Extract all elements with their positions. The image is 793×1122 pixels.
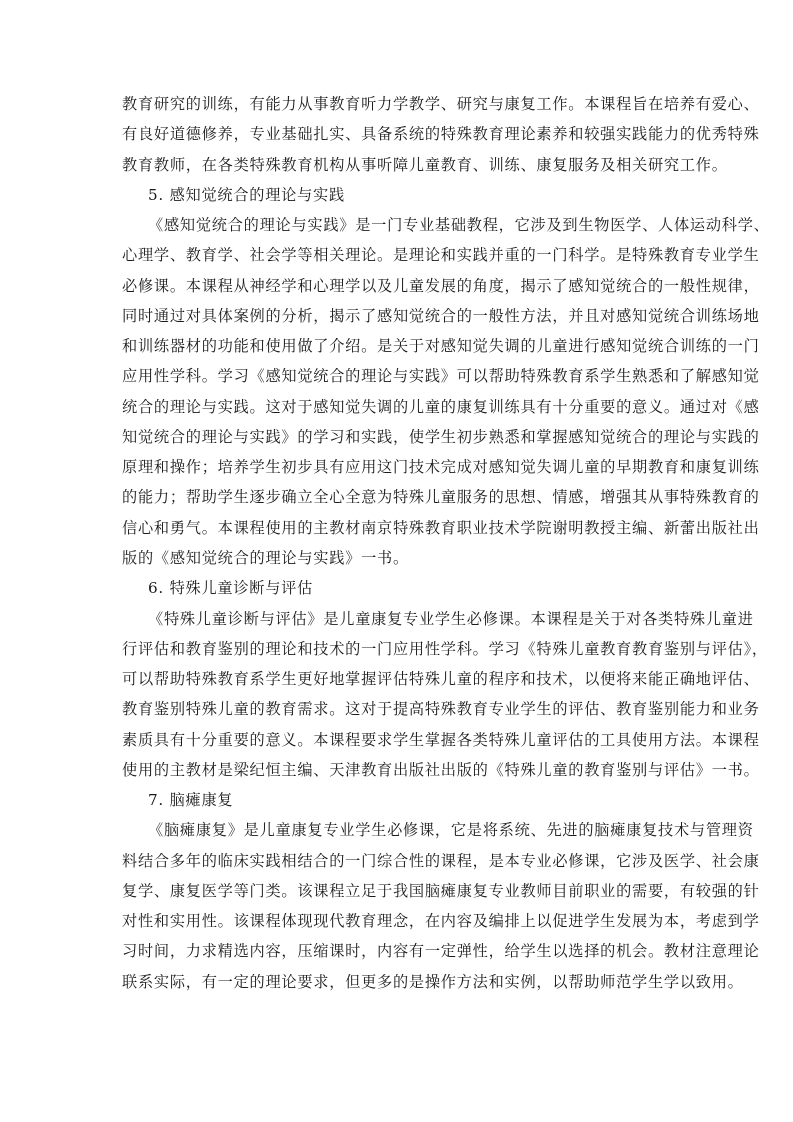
paragraph-line: 同时通过对具体案例的分析，揭示了感知觉统合的一般性方法，并且对感知觉统合训练场地: [122, 301, 674, 331]
paragraph-line: 素质具有十分重要的意义。本课程要求学生掌握各类特殊儿童评估的工具使用方法。本课程: [122, 725, 674, 755]
paragraph-line: 《感知觉统合的理论与实践》是一门专业基础教程，它涉及到生物医学、人体运动科学、: [122, 210, 674, 240]
paragraph-line: 联系实际，有一定的理论要求，但更多的是操作方法和实例，以帮助师范学生学以致用。: [122, 967, 674, 997]
section-diagnosis-assessment: 6. 特殊儿童诊断与评估 《特殊儿童诊断与评估》是儿童康复专业学生必修课。本课程…: [122, 573, 674, 785]
paragraph-line: 统合的理论与实践。这对于感知觉失调的儿童的康复训练具有十分重要的意义。通过对《感: [122, 392, 674, 422]
paragraph-line: 使用的主教材是梁纪恒主编、天津教育出版社出版的《特殊儿童的教育鉴别与评估》一书。: [122, 755, 674, 785]
paragraph-line: 对性和实用性。该课程体现现代教育理念，在内容及编排上以促进学生发展为本，考虑到学: [122, 906, 674, 936]
paragraph-line: 和训练器材的功能和使用做了介绍。是关于对感知觉失调的儿童进行感知觉统合训练的一门: [122, 331, 674, 361]
paragraph-line: 有良好道德修养，专业基础扎实、具备系统的特殊教育理论素养和较强实践能力的优秀特殊: [122, 119, 674, 149]
document-page: 教育研究的训练，有能力从事教育听力学教学、研究与康复工作。本课程旨在培养有爱心、…: [122, 89, 674, 997]
section-cerebral-palsy-rehab: 7. 脑瘫康复 《脑瘫康复》是儿童康复专业学生必修课，它是将系统、先进的脑瘫康复…: [122, 785, 674, 997]
section-heading: 6. 特殊儿童诊断与评估: [122, 573, 674, 603]
section-heading: 5. 感知觉统合的理论与实践: [122, 180, 674, 210]
paragraph-line: 可以帮助特殊教育系学生更好地掌握评估特殊儿童的程序和技术，以便将来能正确地评估、: [122, 664, 674, 694]
paragraph-line: 复学、康复医学等门类。该课程立足于我国脑瘫康复专业教师目前职业的需要，有较强的针: [122, 876, 674, 906]
intro-paragraph: 教育研究的训练，有能力从事教育听力学教学、研究与康复工作。本课程旨在培养有爱心、…: [122, 89, 674, 180]
section-sensory-integration: 5. 感知觉统合的理论与实践 《感知觉统合的理论与实践》是一门专业基础教程，它涉…: [122, 180, 674, 573]
paragraph-line: 信心和勇气。本课程使用的主教材南京特殊教育职业技术学院谢明教授主编、新蕾出版社出: [122, 513, 674, 543]
paragraph-line: 心理学、教育学、社会学等相关理论。是理论和实践并重的一门科学。是特殊教育专业学生: [122, 240, 674, 270]
paragraph-line: 应用性学科。学习《感知觉统合的理论与实践》可以帮助特殊教育系学生熟悉和了解感知觉: [122, 361, 674, 391]
paragraph-line: 原理和操作；培养学生初步具有应用这门技术完成对感知觉失调儿童的早期教育和康复训练: [122, 452, 674, 482]
paragraph-line: 《脑瘫康复》是儿童康复专业学生必修课，它是将系统、先进的脑瘫康复技术与管理资: [122, 815, 674, 845]
paragraph-line: 料结合多年的临床实践相结合的一门综合性的课程，是本专业必修课，它涉及医学、社会康: [122, 846, 674, 876]
paragraph-line: 习时间，力求精选内容，压缩课时，内容有一定弹性，给学生以选择的机会。教材注意理论: [122, 936, 674, 966]
paragraph-line: 教育教师，在各类特殊教育机构从事听障儿童教育、训练、康复服务及相关研究工作。: [122, 150, 674, 180]
paragraph-line: 知觉统合的理论与实践》的学习和实践，使学生初步熟悉和掌握感知觉统合的理论与实践的: [122, 422, 674, 452]
paragraph-line: 版的《感知觉统合的理论与实践》一书。: [122, 543, 674, 573]
paragraph-line: 的能力；帮助学生逐步确立全心全意为特殊儿童服务的思想、情感，增强其从事特殊教育的: [122, 482, 674, 512]
paragraph-line: 教育鉴别特殊儿童的教育需求。这对于提高特殊教育专业学生的评估、教育鉴别能力和业务: [122, 694, 674, 724]
paragraph-line: 教育研究的训练，有能力从事教育听力学教学、研究与康复工作。本课程旨在培养有爱心、: [122, 89, 674, 119]
paragraph-line: 《特殊儿童诊断与评估》是儿童康复专业学生必修课。本课程是关于对各类特殊儿童进: [122, 604, 674, 634]
paragraph-line: 行评估和教育鉴别的理论和技术的一门应用性学科。学习《特殊儿童教育教育鉴别与评估》…: [122, 634, 674, 664]
paragraph-line: 必修课。本课程从神经学和心理学以及儿童发展的角度，揭示了感知觉统合的一般性规律，: [122, 271, 674, 301]
section-heading: 7. 脑瘫康复: [122, 785, 674, 815]
